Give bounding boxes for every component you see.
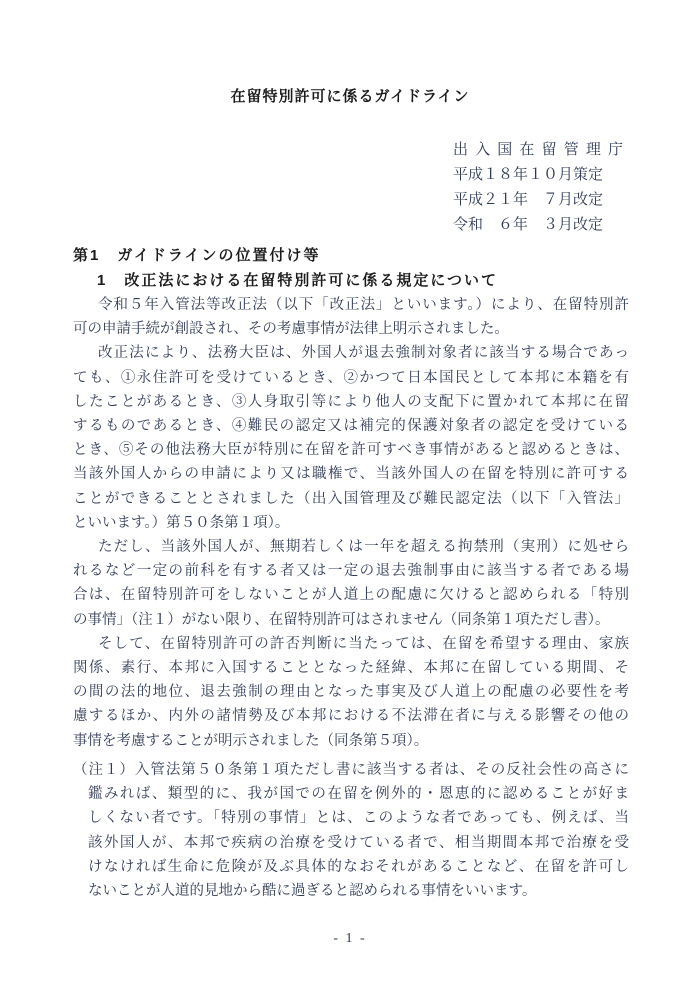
text-line: れるなど一定の前科を有する者又は一定の退去強制事由に該当する者である場 <box>73 559 629 583</box>
note-block: （注１）入管法第５０条第１項ただし書に該当する者は、その反社会性の高さに鑑みれば… <box>73 758 629 903</box>
text-line: 合は、在留特別許可をしないことが人道上の配慮に欠けると認められる「特別 <box>73 583 629 607</box>
text-line: そして、在留特別許可の許否判断に当たっては、在留を希望する理由、家族 <box>73 632 629 656</box>
text-line: とき、⑤その他法務大臣が特別に在留を許可すべき事情があると認めるときは、 <box>73 438 629 462</box>
note-text-line: しくない者です。「特別の事情」とは、このような者であっても、例えば、当 <box>73 806 629 830</box>
text-line: 関係、素行、本邦に入国することとなった経緯、本邦に在留している期間、そ <box>73 656 629 680</box>
text-line: 令和５年入管法等改正法（以下「改正法」といいます。）により、在留特別許 <box>73 293 629 317</box>
body-paragraphs: 令和５年入管法等改正法（以下「改正法」といいます。）により、在留特別許可の申請手… <box>73 293 629 753</box>
text-line: したことがあるとき、③人身取引等により他人の支配下に置かれて本邦に在留 <box>73 390 629 414</box>
paragraph: 改正法により、法務大臣は、外国人が退去強制対象者に該当する場合であっても、①永住… <box>73 341 629 535</box>
paragraph: 令和５年入管法等改正法（以下「改正法」といいます。）により、在留特別許可の申請手… <box>73 293 629 341</box>
note-text-line: けなければ生命に危険が及ぶ具体的なおそれがあることなど、在留を許可し <box>73 855 629 879</box>
text-line: 可の申請手続が創設され、その考慮事情が法律上明示されました。 <box>73 317 629 341</box>
text-line: 改正法により、法務大臣は、外国人が退去強制対象者に該当する場合であっ <box>73 341 629 365</box>
note-text-line: 鑑みれば、類型的に、我が国での在留を例外的・恩恵的に認めることが好ま <box>73 782 629 806</box>
text-line: の事情」（注１）がない限り、在留特別許可はされません（同条第１項ただし書）。 <box>73 608 629 632</box>
document-page: 在留特別許可に係るガイドライン 出入国在留管理庁 平成１８年１０月策定 平成２１… <box>0 0 700 996</box>
text-line: 当該外国人からの申請により又は職権で、当該外国人の在留を特別に許可する <box>73 462 629 486</box>
paragraph: そして、在留特別許可の許否判断に当たっては、在留を希望する理由、家族関係、素行、… <box>73 632 629 753</box>
note-text-line: ないことが人道的見地から酷に過ぎると認められる事情をいいます。 <box>73 879 629 903</box>
text-line: といいます。）第５０条第１項）。 <box>73 511 629 535</box>
text-line: ことができることとされました（出入国管理及び難民認定法（以下「入管法」 <box>73 487 629 511</box>
revision-date-line: 平成２１年 ７月改定 <box>453 188 623 213</box>
text-line: ても、①永住許可を受けているとき、②かつて日本国民として本邦に本籍を有 <box>73 366 629 390</box>
paragraph: ただし、当該外国人が、無期若しくは一年を超える拘禁刑（実刑）に処せられるなど一定… <box>73 535 629 632</box>
text-line: 事情を考慮することが明示されました（同条第５項）。 <box>73 729 629 753</box>
note-text-line: （注１）入管法第５０条第１項ただし書に該当する者は、その反社会性の高さに <box>73 758 629 782</box>
text-line: 慮するほか、内外の諸情勢及び本邦における不法滞在者に与える影響その他の <box>73 704 629 728</box>
section-heading: 第1 ガイドラインの位置付け等 <box>73 243 629 268</box>
text-line: の間の法的地位、退去強制の理由となった事実及び人道上の配慮の必要性を考 <box>73 680 629 704</box>
note-text-line: 該外国人が、本邦で疾病の治療を受けている者で、相当期間本邦で治療を受 <box>73 831 629 855</box>
revision-header: 出入国在留管理庁 平成１８年１０月策定 平成２１年 ７月改定 令和 ６年 ３月改… <box>453 138 623 238</box>
agency-name: 出入国在留管理庁 <box>453 138 623 163</box>
document-title: 在留特別許可に係るガイドライン <box>0 87 700 107</box>
revision-date-line: 平成１８年１０月策定 <box>453 163 623 188</box>
subsection-heading: 1 改正法における在留特別許可に係る規定について <box>73 268 629 293</box>
text-line: するものであるとき、④難民の認定又は補完的保護対象者の認定を受けている <box>73 414 629 438</box>
text-line: ただし、当該外国人が、無期若しくは一年を超える拘禁刑（実刑）に処せら <box>73 535 629 559</box>
page-number: - 1 - <box>0 929 700 949</box>
revision-date-line: 令和 ６年 ３月改定 <box>453 213 623 238</box>
